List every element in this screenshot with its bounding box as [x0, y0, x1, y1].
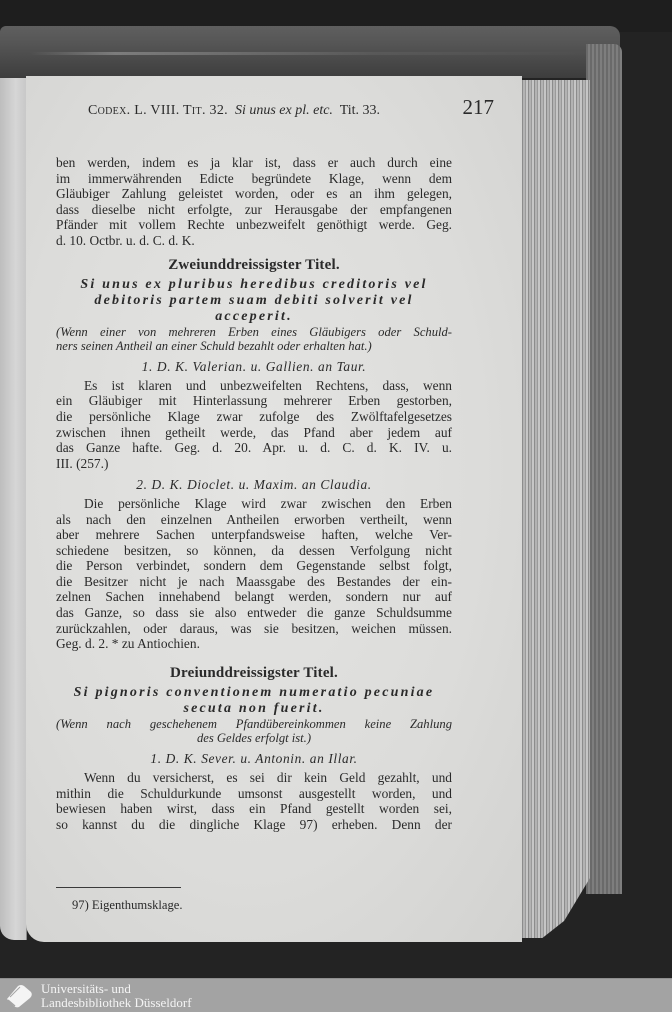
page-edges [522, 80, 590, 938]
title-32-heading: Zweiunddreissigster Titel. [56, 258, 452, 274]
title-33-heading: Dreiunddreissigster Titel. [56, 666, 452, 682]
running-head-italic: Si unus ex pl. etc. [235, 103, 333, 118]
library-footer: Universitäts- und Landesbibliothek Düsse… [0, 978, 672, 1012]
text-line: Pfänder mit vollem Rechte unbezweifelt g… [56, 217, 452, 233]
text-line: das Ganze, so dass sie also entweder die… [56, 605, 452, 621]
constitution-heading: 1. D. K. Valerian. u. Gallien. an Taur. [56, 359, 452, 375]
book-page: Codex. L. VIII. Tit. 32. Si unus ex pl. … [26, 76, 522, 942]
page-number: 217 [463, 98, 495, 116]
opening-paragraph: ben werden, indem es ja klar ist, dass e… [56, 155, 452, 249]
text-line: des Geldes erfolgt ist.) [56, 731, 452, 745]
running-head-left: Codex. L. VIII. Tit. 32. [88, 103, 228, 118]
text-line: Geg. d. 2. * zu Antiochien. [56, 636, 452, 652]
title-32-latin: Si unus ex pluribus heredibus creditoris… [56, 277, 452, 293]
page-body: ben werden, indem es ja klar ist, dass e… [56, 155, 452, 832]
footnote: 97) Eigenthumsklage. [72, 898, 183, 913]
text-line: zurückzahlen, oder daraus, was sie besit… [56, 621, 452, 637]
text-line: ners seinen Antheil an einer Schuld beza… [56, 339, 452, 353]
text-line: aber mehrere Sachen unterpfandsweise haf… [56, 527, 452, 543]
text-line: so kannst du die dingliche Klage 97) erh… [56, 817, 452, 833]
text-line: d. 10. Octbr. u. d. C. d. K. [56, 233, 452, 249]
title-33-latin: secuta non fuerit. [56, 701, 452, 717]
text-line: (Wenn nach geschehenem Pfandübereinkomme… [56, 717, 452, 731]
constitution-text: Die persönliche Klage wird zwar zwischen… [56, 496, 452, 652]
library-name-line2: Landesbibliothek Düsseldorf [41, 996, 192, 1010]
book-cover-top [0, 26, 620, 78]
constitution-heading: 2. D. K. Dioclet. u. Maxim. an Claudia. [56, 477, 452, 493]
text-line: Gläubiger Zahlung geleistet worden, oder… [56, 186, 452, 202]
text-line: die persönliche Klage zwar zufolge des Z… [56, 409, 452, 425]
title-33-german: (Wenn nach geschehenem Pfandübereinkomme… [56, 717, 452, 745]
text-line: die Person verbindet, sondern dem Gegens… [56, 558, 452, 574]
text-line: Die persönliche Klage wird zwar zwischen… [56, 496, 452, 512]
text-line: ben werden, indem es ja klar ist, dass e… [56, 155, 452, 171]
library-name-line1: Universitäts- und [41, 982, 192, 996]
text-line: dass dieselbe nicht erfolgte, zur Heraus… [56, 202, 452, 218]
text-line: III. (257.) [56, 456, 452, 472]
text-line: schiedene besitzen, so können, da dessen… [56, 543, 452, 559]
constitution-text: Wenn du versicherst, es sei dir kein Gel… [56, 770, 452, 832]
title-32-latin: acceperit. [56, 309, 452, 325]
library-name: Universitäts- und Landesbibliothek Düsse… [41, 982, 192, 1010]
title-32-german: (Wenn einer von mehreren Erben eines Glä… [56, 325, 452, 353]
book-logo-icon [4, 983, 34, 1009]
text-line: Wenn du versicherst, es sei dir kein Gel… [56, 770, 452, 786]
text-line: im immerwährenden Edicte begründete Klag… [56, 171, 452, 187]
constitution-heading: 1. D. K. Sever. u. Antonin. an Illar. [56, 751, 452, 767]
book-scan: Codex. L. VIII. Tit. 32. Si unus ex pl. … [0, 0, 672, 978]
constitution-text: Es ist klaren und unbezweifelten Rechten… [56, 378, 452, 472]
text-line: Es ist klaren und unbezweifelten Rechten… [56, 378, 452, 394]
running-head-right: Tit. 33. [340, 103, 380, 118]
text-line: die Besitzer nicht je nach Maassgabe des… [56, 574, 452, 590]
text-line: zwischen ihnen getheilt werde, das Pfand… [56, 425, 452, 441]
book-cover-right [586, 44, 622, 894]
footnote-rule [56, 887, 181, 888]
text-line: (Wenn einer von mehreren Erben eines Glä… [56, 325, 452, 339]
title-33-latin: Si pignoris conventionem numeratio pecun… [56, 685, 452, 701]
text-line: zelnen Sachen innehabend belangt werden,… [56, 589, 452, 605]
text-line: das Ganze hafte. Geg. d. 20. Apr. u. d. … [56, 440, 452, 456]
text-line: als nach den einzelnen Antheilen erworbe… [56, 512, 452, 528]
title-32-latin: debitoris partem suam debiti solverit ve… [56, 293, 452, 309]
text-line: bewiesen haben wirst, dass ein Pfand ges… [56, 801, 452, 817]
left-page-edge [0, 78, 27, 940]
text-line: mithin die Schuldurkunde umsonst ausgest… [56, 786, 452, 802]
text-line: ein Gläubiger mit Hinterlassung mehrerer… [56, 393, 452, 409]
running-head: Codex. L. VIII. Tit. 32. Si unus ex pl. … [88, 102, 494, 120]
